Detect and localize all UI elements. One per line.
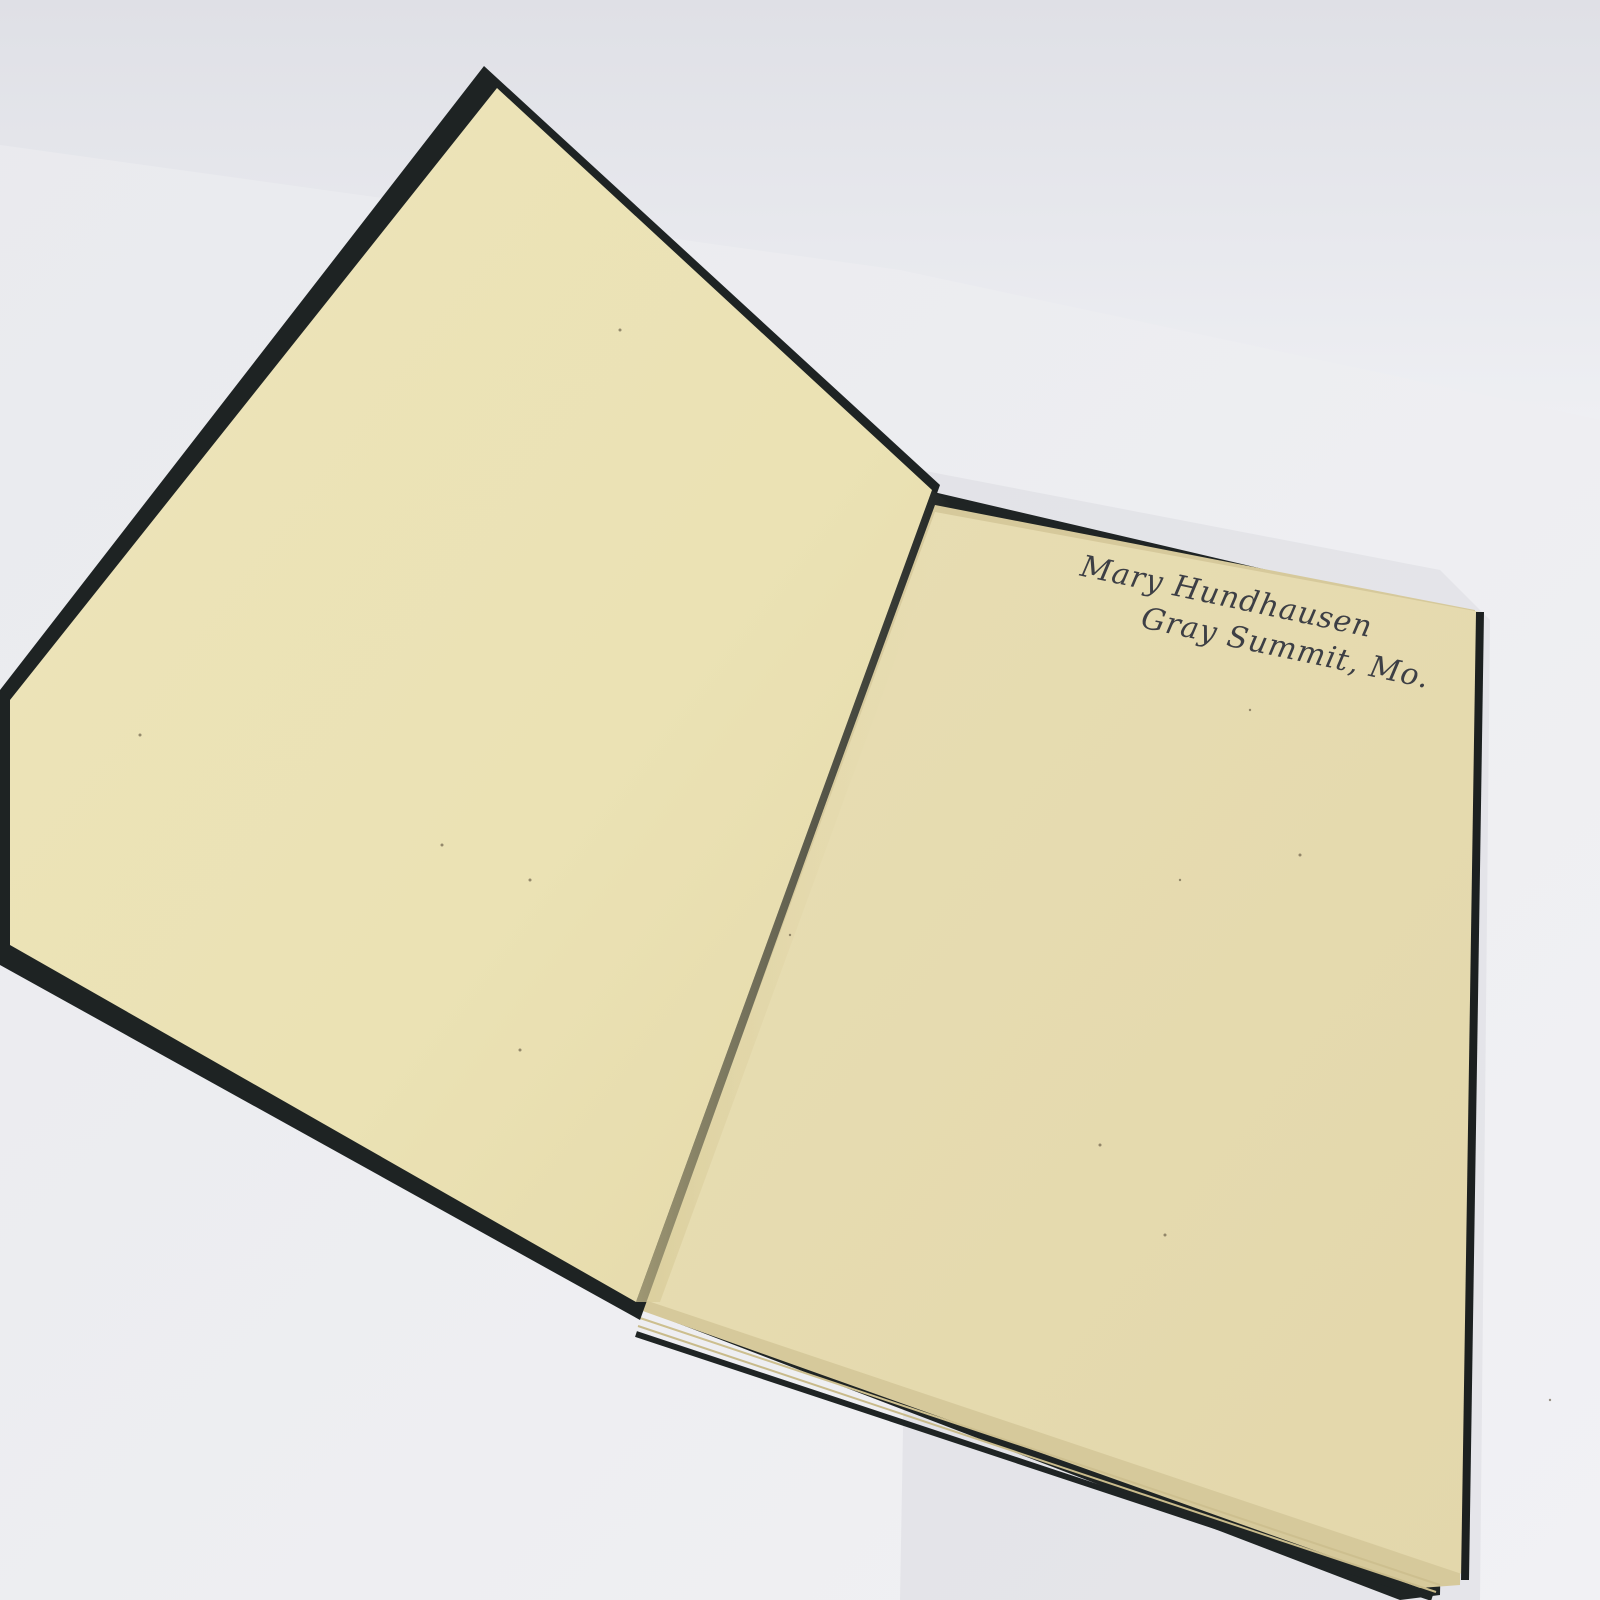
photo-scene: Mary Hundhausen Gray Summit, Mo. — [0, 0, 1600, 1600]
open-book-photo — [0, 0, 1600, 1600]
